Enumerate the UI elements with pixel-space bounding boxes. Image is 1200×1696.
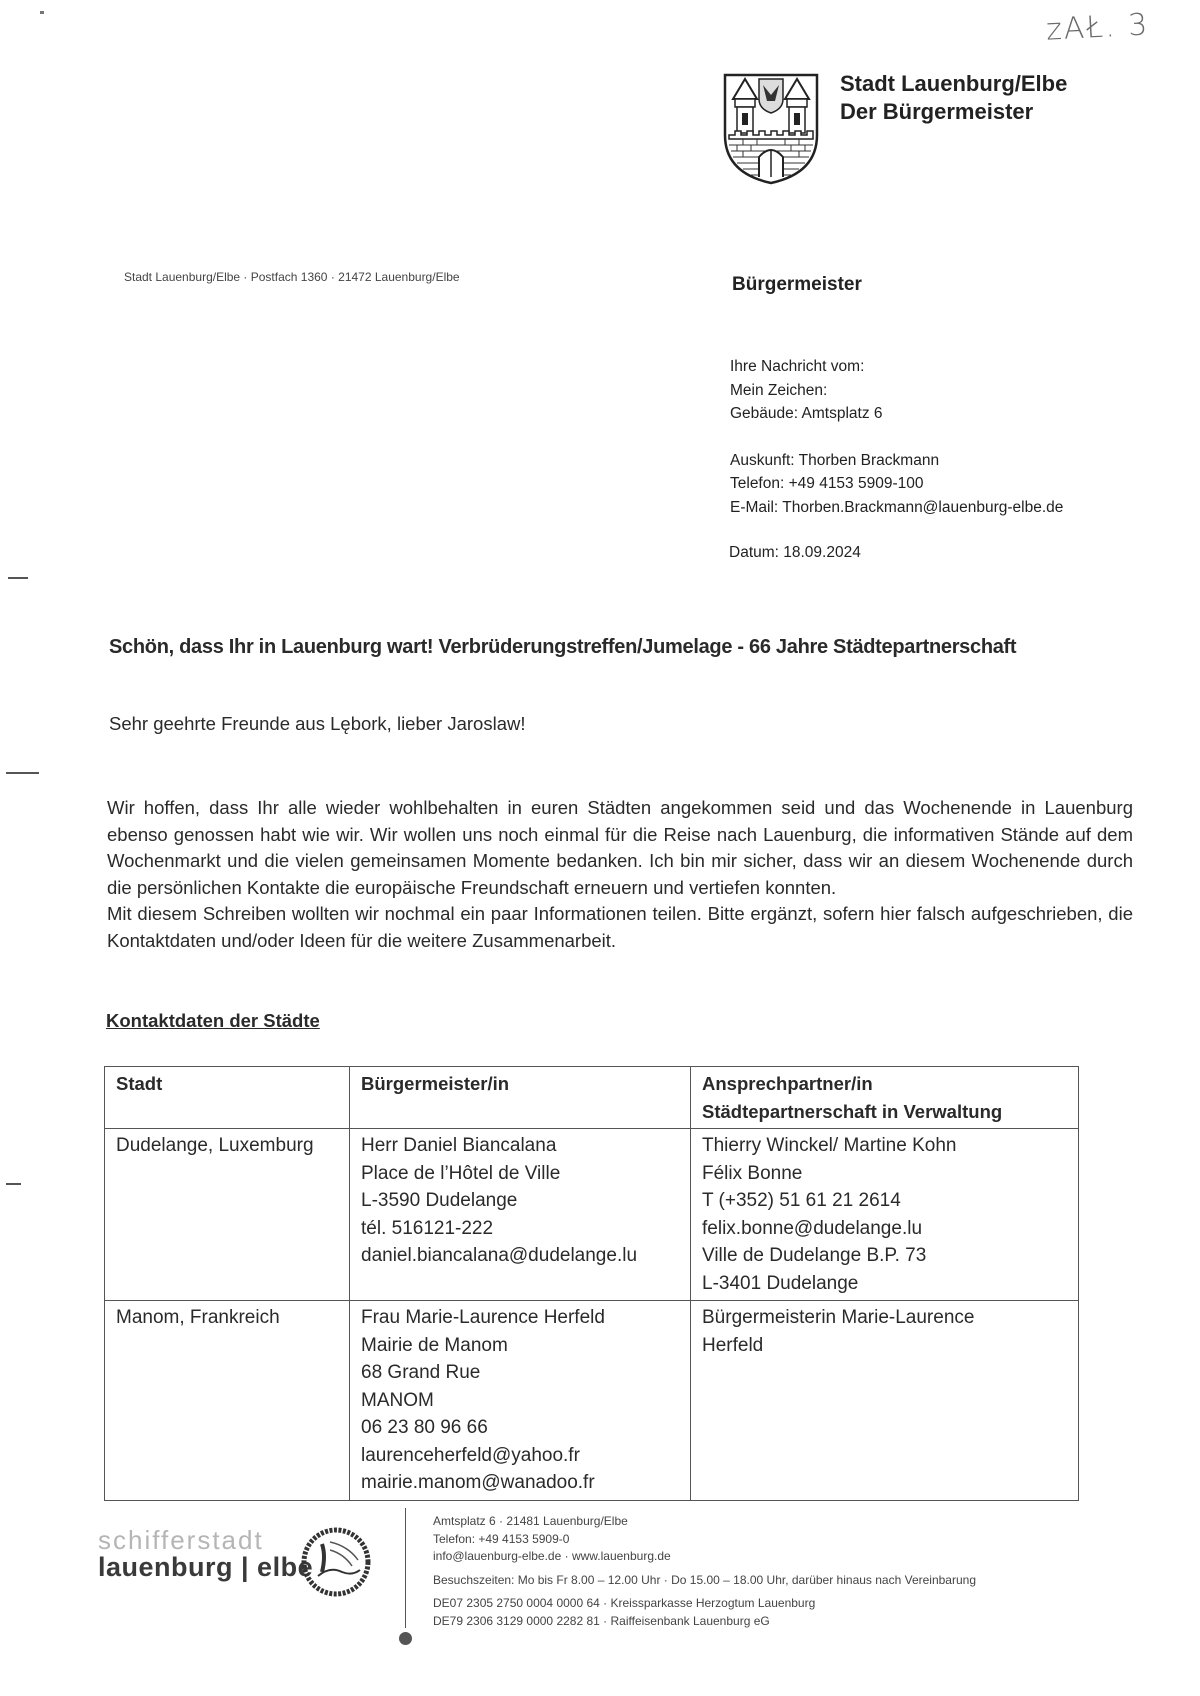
column-header-city: Stadt xyxy=(105,1067,350,1129)
cell-line: L-3401 Dudelange xyxy=(702,1270,1067,1298)
ship-emblem-icon xyxy=(300,1526,372,1598)
fold-mark xyxy=(8,577,28,579)
letter-body: Wir hoffen, dass Ihr alle wieder wohlbeh… xyxy=(107,795,1133,954)
city-crest-icon xyxy=(723,73,819,185)
building-field: Gebäude: Amtsplatz 6 xyxy=(730,402,1063,426)
email-field: E-Mail: Thorben.Brackmann@lauenburg-elbe… xyxy=(730,496,1063,520)
handwritten-annotation: zAŁ. 3 xyxy=(1045,7,1150,47)
phone-field: Telefon: +49 4153 5909-100 xyxy=(730,472,1063,496)
cell-line: MANOM xyxy=(361,1387,679,1415)
your-message-field: Ihre Nachricht vom: xyxy=(730,355,1063,379)
cell-line: 68 Grand Rue xyxy=(361,1359,679,1387)
cell-mayor: Frau Marie-Laurence HerfeldMairie de Man… xyxy=(350,1301,691,1501)
cell-line: laurenceherfeld@yahoo.fr xyxy=(361,1442,679,1470)
cell-line: T (+352) 51 61 21 2614 xyxy=(702,1187,1067,1215)
footer-contact-info: Amtsplatz 6 · 21481 Lauenburg/Elbe Telef… xyxy=(433,1513,976,1630)
department-heading: Bürgermeister xyxy=(732,274,862,296)
table-row: Dudelange, LuxemburgHerr Daniel Biancala… xyxy=(105,1129,1079,1301)
footer-opening-hours: Besuchszeiten: Mo bis Fr 8.00 – 12.00 Uh… xyxy=(433,1572,976,1590)
org-line-2: Der Bürgermeister xyxy=(840,98,1067,126)
salutation: Sehr geehrte Freunde aus Lębork, lieber … xyxy=(109,713,526,735)
footer-bank-1: DE07 2305 2750 0004 0000 64 · Kreisspark… xyxy=(433,1595,976,1613)
cell-line: felix.bonne@dudelange.lu xyxy=(702,1215,1067,1243)
cell-line: Ville de Dudelange B.P. 73 xyxy=(702,1242,1067,1270)
cell-line: L-3590 Dudelange xyxy=(361,1187,679,1215)
cell-contact: Thierry Winckel/ Martine KohnFélix Bonne… xyxy=(691,1129,1079,1301)
footer-web: info@lauenburg-elbe.de · www.lauenburg.d… xyxy=(433,1548,976,1566)
footer-divider xyxy=(405,1508,406,1628)
cell-line: Place de l’Hôtel de Ville xyxy=(361,1160,679,1188)
column-header-mayor: Bürgermeister/in xyxy=(350,1067,691,1129)
fold-mark xyxy=(6,1183,21,1185)
punch-mark xyxy=(6,772,39,774)
cell-line: Herr Daniel Biancalana xyxy=(361,1132,679,1160)
scan-speck xyxy=(40,11,44,14)
cell-line: Frau Marie-Laurence Herfeld xyxy=(361,1304,679,1332)
cell-line: daniel.biancalana@dudelange.lu xyxy=(361,1242,679,1270)
section-title-contacts: Kontaktdaten der Städte xyxy=(106,1010,320,1032)
cell-city: Dudelange, Luxemburg xyxy=(105,1129,350,1301)
cell-line: Bürgermeisterin Marie-Laurence xyxy=(702,1304,1067,1332)
my-reference-field: Mein Zeichen: xyxy=(730,379,1063,403)
sender-return-address: Stadt Lauenburg/Elbe · Postfach 1360 · 2… xyxy=(124,270,460,284)
table-row: Manom, FrankreichFrau Marie-Laurence Her… xyxy=(105,1301,1079,1501)
footer-phone: Telefon: +49 4153 5909-0 xyxy=(433,1531,976,1549)
letterhead-org-name: Stadt Lauenburg/Elbe Der Bürgermeister xyxy=(840,70,1067,126)
cell-line: Félix Bonne xyxy=(702,1160,1067,1188)
cell-contact: Bürgermeisterin Marie-LaurenceHerfeld xyxy=(691,1301,1079,1501)
footer-divider-dot xyxy=(399,1632,412,1645)
cell-city: Manom, Frankreich xyxy=(105,1301,350,1501)
body-paragraph-1: Wir hoffen, dass Ihr alle wieder wohlbeh… xyxy=(107,795,1133,901)
header-line: Ansprechpartner/in xyxy=(702,1070,1067,1098)
footer-address: Amtsplatz 6 · 21481 Lauenburg/Elbe xyxy=(433,1513,976,1531)
contact-person-field: Auskunft: Thorben Brackmann xyxy=(730,449,1063,473)
column-header-contact: Ansprechpartner/in Städtepartnerschaft i… xyxy=(691,1067,1079,1129)
cell-line: tél. 516121-222 xyxy=(361,1215,679,1243)
letter-date: Datum: 18.09.2024 xyxy=(729,544,861,562)
table-header-row: Stadt Bürgermeister/in Ansprechpartner/i… xyxy=(105,1067,1079,1129)
cell-line: 06 23 80 96 66 xyxy=(361,1414,679,1442)
cell-mayor: Herr Daniel BiancalanaPlace de l’Hôtel d… xyxy=(350,1129,691,1301)
footer-logo: schifferstadt lauenburg | elbe xyxy=(98,1525,313,1583)
cell-line: Herfeld xyxy=(702,1332,1067,1360)
footer-bank-2: DE79 2306 3129 0000 2282 81 · Raiffeisen… xyxy=(433,1613,976,1631)
org-line-1: Stadt Lauenburg/Elbe xyxy=(840,70,1067,98)
header-line: Städtepartnerschaft in Verwaltung xyxy=(702,1098,1067,1126)
logo-wordmark: lauenburg | elbe xyxy=(98,1552,313,1583)
letter-subject: Schön, dass Ihr in Lauenburg wart! Verbr… xyxy=(109,636,1016,659)
body-paragraph-2: Mit diesem Schreiben wollten wir nochmal… xyxy=(107,901,1133,954)
city-contacts-table: Stadt Bürgermeister/in Ansprechpartner/i… xyxy=(104,1066,1079,1501)
cell-line: mairie.manom@wanadoo.fr xyxy=(361,1469,679,1497)
reference-block: Ihre Nachricht vom: Mein Zeichen: Gebäud… xyxy=(730,355,1063,519)
cell-line: Mairie de Manom xyxy=(361,1332,679,1360)
cell-line: Thierry Winckel/ Martine Kohn xyxy=(702,1132,1067,1160)
